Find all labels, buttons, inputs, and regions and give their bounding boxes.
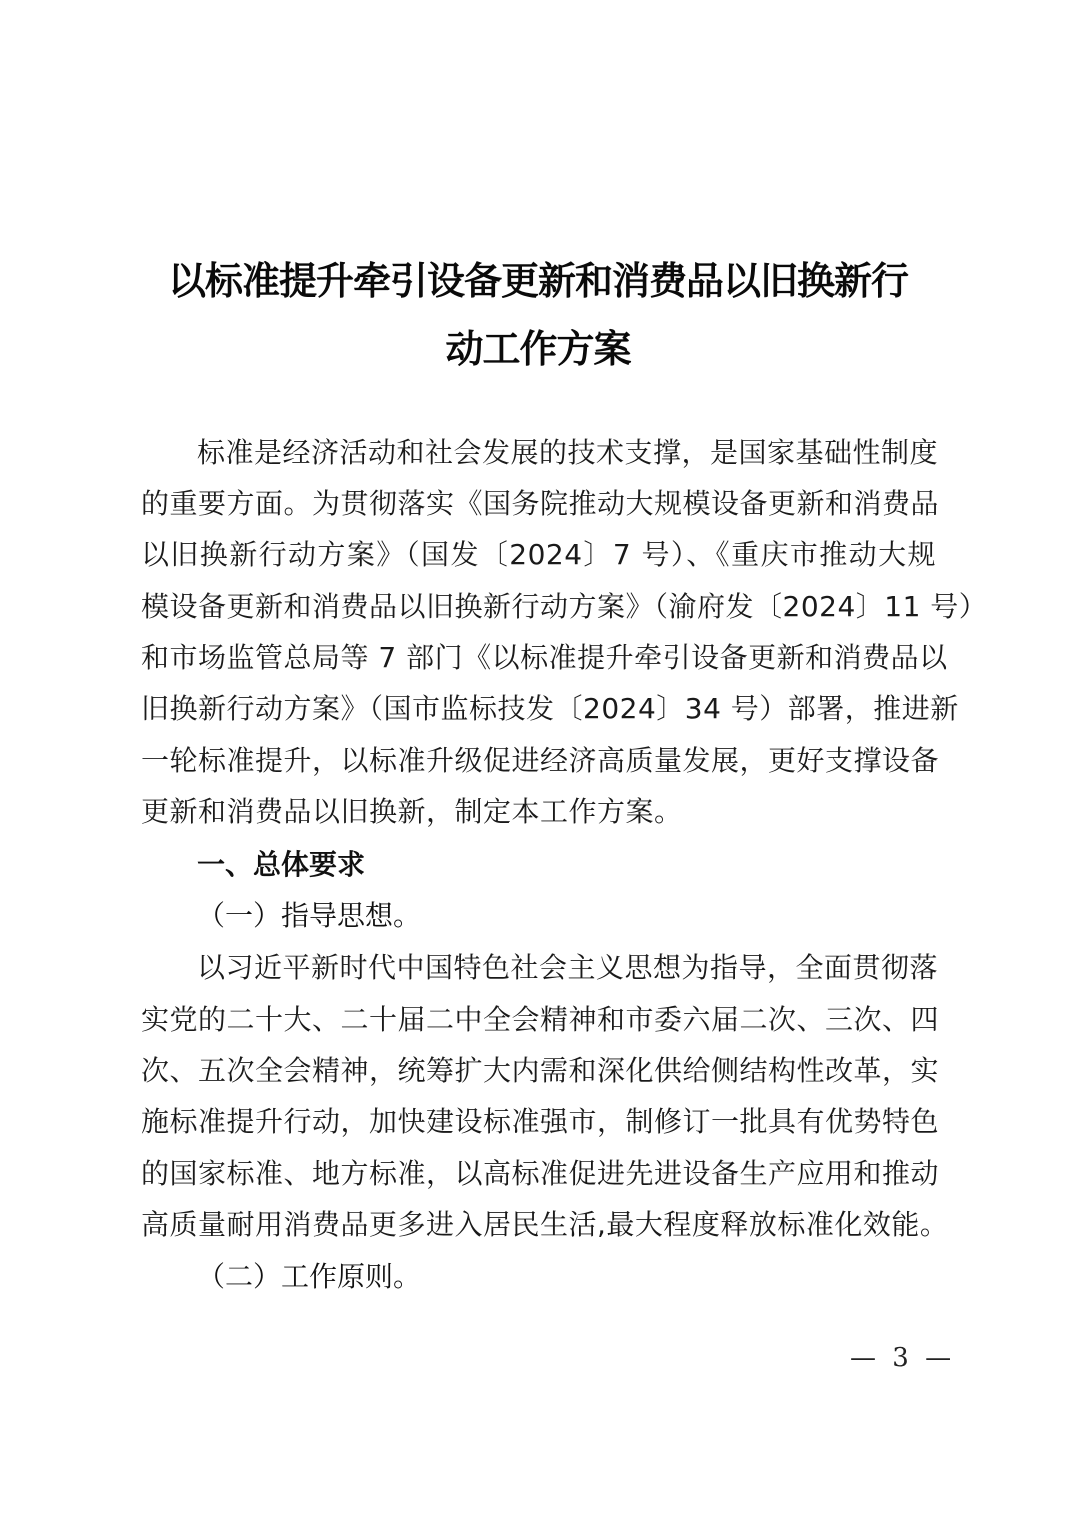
subsection-heading: （一）指导思想。	[197, 899, 421, 933]
paragraph-line: 高质量耐用消费品更多进入居民生活,最大程度释放标准化效能。	[141, 1208, 936, 1242]
paragraph-line: 次、五次全会精神，统筹扩大内需和深化供给侧结构性改革，实	[141, 1054, 936, 1088]
page-number: — 3 —	[850, 1343, 955, 1373]
paragraph-line: 以旧换新行动方案》（国发〔2024〕7 号）、《重庆市推动大规	[141, 538, 936, 572]
paragraph-line: 标准是经济活动和社会发展的技术支撑，是国家基础性制度	[197, 436, 936, 470]
paragraph-line: 实党的二十大、二十届二中全会精神和市委六届二次、三次、四	[141, 1003, 936, 1037]
document-title-line-2: 动工作方案	[140, 318, 936, 373]
paragraph-line: 一轮标准提升，以标准升级促进经济高质量发展，更好支撑设备	[141, 744, 936, 778]
document-page: 以标准提升牵引设备更新和消费品以旧换新行 动工作方案 标准是经济活动和社会发展的…	[0, 0, 1074, 1520]
subsection-heading: （二）工作原则。	[197, 1260, 421, 1294]
paragraph-line: 的国家标准、地方标准，以高标准促进先进设备生产应用和推动	[141, 1157, 936, 1191]
paragraph-line: 以习近平新时代中国特色社会主义思想为指导，全面贯彻落	[197, 951, 936, 985]
paragraph-line: 施标准提升行动，加快建设标准强市，制修订一批具有优势特色	[141, 1105, 936, 1139]
paragraph-line: 的重要方面。为贯彻落实《国务院推动大规模设备更新和消费品	[141, 487, 936, 521]
paragraph-line: 和市场监管总局等 7 部门《以标准提升牵引设备更新和消费品以	[141, 641, 936, 675]
paragraph-line: 模设备更新和消费品以旧换新行动方案》（渝府发〔2024〕11 号）	[141, 590, 936, 624]
section-heading: 一、总体要求	[197, 848, 365, 882]
paragraph-line: 更新和消费品以旧换新，制定本工作方案。	[141, 795, 936, 829]
document-title-line-1: 以标准提升牵引设备更新和消费品以旧换新行	[140, 250, 936, 305]
paragraph-line: 旧换新行动方案》（国市监标技发〔2024〕34 号）部署，推进新	[141, 692, 936, 726]
